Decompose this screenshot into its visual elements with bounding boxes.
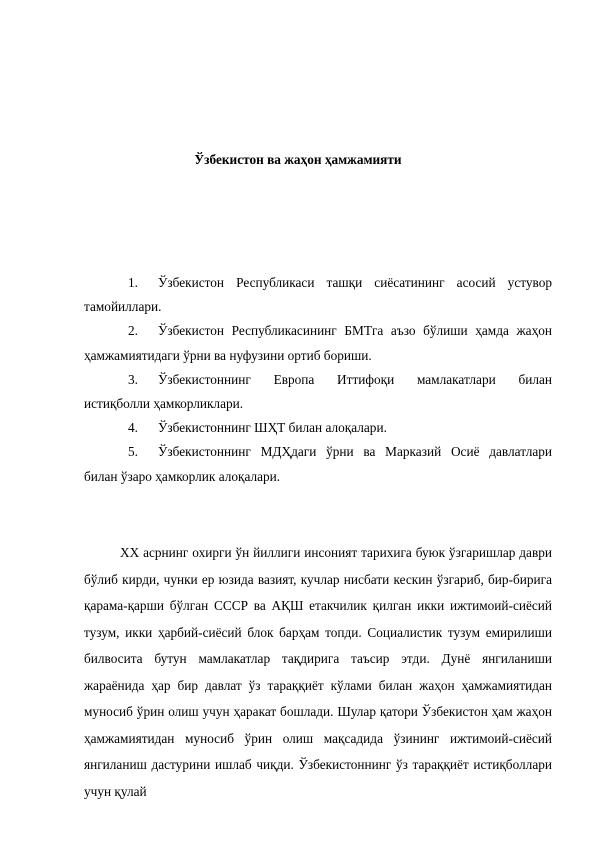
outline-text-continued: истиқболли ҳамкорликлари. [84,392,552,416]
outline-item: 5.Ўзбекистоннинг МДҲдаги ўрни ва Маркази… [84,440,552,488]
outline-text-continued: тамойиллари. [84,295,552,319]
document-page: Ўзбекистон ва жаҳон ҳамжамияти 1.Ўзбекис… [0,0,596,842]
document-title: Ўзбекистон ва жаҳон ҳамжамияти [0,151,596,169]
outline-text-continued: билан ўзаро ҳамкорлик алоқалари. [84,465,552,489]
outline-number: 1. [128,271,158,295]
outline-item: 3.Ўзбекистоннинг Европа Иттифоқи мамлака… [84,368,552,416]
outline-text: Ўзбекистоннинг МДҲдаги ўрни ва Марказий … [158,440,552,464]
body-paragraph: XX асрнинг охирги ўн йиллиги инсоният та… [84,540,552,805]
outline-text: Ўзбекистоннинг Европа Иттифоқи мамлакатл… [158,368,552,392]
outline-item: 4.Ўзбекистоннинг ШҲТ билан алоқалари. [84,416,552,440]
outline-number: 2. [128,319,158,343]
outline-text: Ўзбекистон Республикаси ташқи сиёсатинин… [158,271,552,295]
outline-item: 2.Ўзбекистон Республикасининг БМТга аъзо… [84,319,552,367]
outline-text: Ўзбекистоннинг ШҲТ билан алоқалари. [158,416,552,440]
outline-list: 1.Ўзбекистон Республикаси ташқи сиёсатин… [84,271,552,489]
outline-number: 5. [128,440,158,464]
outline-text: Ўзбекистон Республикасининг БМТга аъзо б… [158,319,552,343]
outline-text-continued: ҳамжамиятидаги ўрни ва нуфузини ортиб бо… [84,344,552,368]
outline-number: 4. [128,416,158,440]
outline-item: 1.Ўзбекистон Республикаси ташқи сиёсатин… [84,271,552,319]
outline-number: 3. [128,368,158,392]
